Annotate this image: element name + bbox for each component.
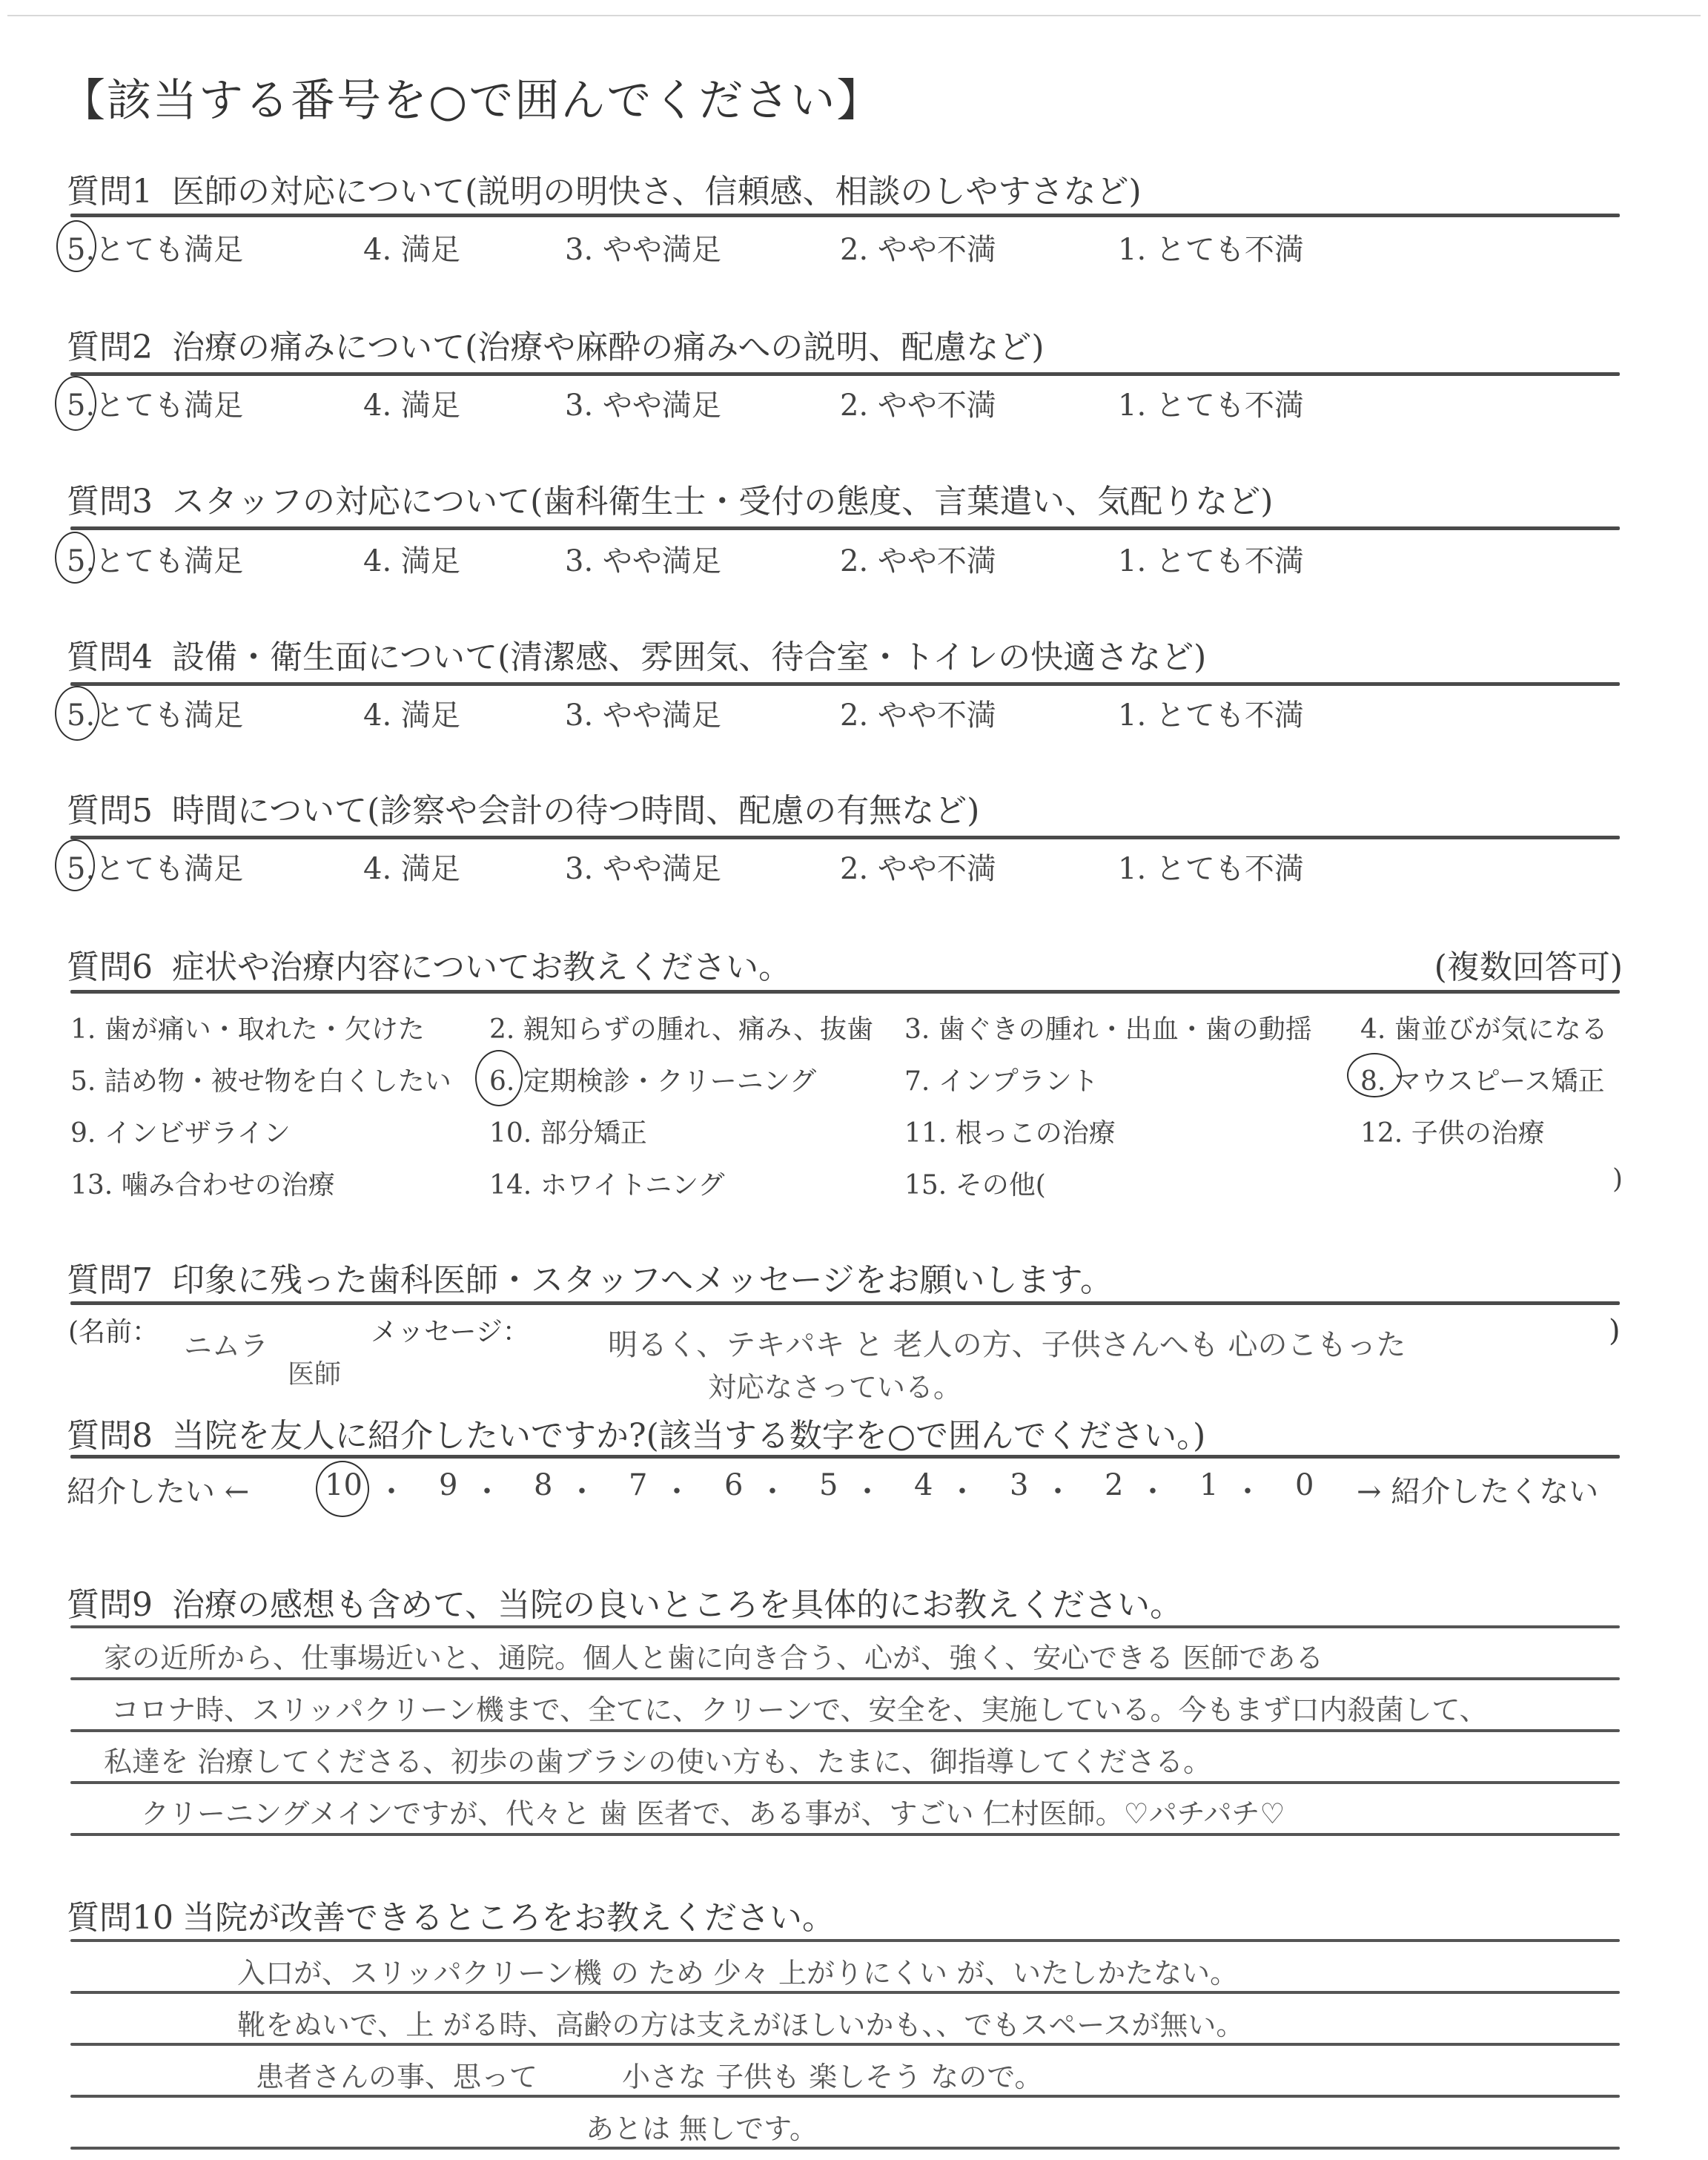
- divider: [70, 526, 1620, 530]
- dot-sep: ・: [1138, 1468, 1168, 1510]
- option-5[interactable]: 5.とても満足: [67, 692, 243, 734]
- option-5[interactable]: 5.とても満足: [67, 538, 243, 580]
- option-8[interactable]: 8. マウスピース矯正: [1360, 1060, 1604, 1098]
- question-text: 症状や治療内容についてお教えください。: [172, 948, 791, 986]
- question-text: 医師の対応について(説明の明快さ、信頼感、相談のしやすさなど): [172, 173, 1142, 211]
- answer-line-2[interactable]: コロナ時、スリッパクリーン機まで、全てに、クリーンで、安全を、実施している。今も…: [111, 1687, 1488, 1728]
- dot-sep: ・: [567, 1468, 597, 1510]
- score-4[interactable]: 4: [914, 1468, 933, 1502]
- question-7-heading: 質問7印象に残った歯科医師・スタッフへメッセージをお願いします。: [67, 1253, 1113, 1301]
- dot-sep: ・: [472, 1468, 502, 1510]
- score-9[interactable]: 9: [439, 1468, 457, 1502]
- question-2-heading: 質問2治療の痛みについて(治療や麻酔の痛みへの説明、配慮など): [67, 320, 1045, 368]
- option-2[interactable]: 2. やや不満: [840, 538, 996, 580]
- message-line-2[interactable]: 対応なさっている。: [708, 1364, 961, 1405]
- option-5[interactable]: 5.とても満足: [67, 845, 243, 888]
- question-number: 質問3: [67, 483, 153, 521]
- option-10[interactable]: 10. 部分矯正: [489, 1112, 647, 1150]
- message-line-1[interactable]: 明るく、テキパキ と 老人の方、子供さんへも 心のこもった: [608, 1321, 1406, 1364]
- answer-line-1[interactable]: 入口が、スリッパクリーン機 の ため 少々 上がりにくい が、いたしかたない。: [237, 1950, 1238, 1991]
- answer-line-1[interactable]: 家の近所から、仕事場近いと、通院。個人と歯に向き合う、心が、強く、安心できる 医…: [104, 1635, 1323, 1676]
- option-3[interactable]: 3. やや満足: [565, 226, 721, 268]
- option-4[interactable]: 4. 満足: [363, 538, 460, 580]
- multiple-answers-note: (複数回答可): [1434, 940, 1623, 988]
- question-3-heading: 質問3スタッフの対応について(歯科衛生士・受付の態度、言葉遣い、気配りなど): [67, 475, 1273, 522]
- score-6[interactable]: 6: [724, 1468, 743, 1502]
- name-suffix: 医師: [288, 1353, 341, 1391]
- option-6[interactable]: 6. 定期検診・クリーニング: [489, 1060, 816, 1098]
- option-2[interactable]: 2. やや不満: [840, 692, 996, 734]
- answer-line: [70, 1781, 1620, 1784]
- scan-top-border: [7, 15, 1701, 16]
- question-2-options: 5.とても満足 4. 満足 3. やや満足 2. やや不満 1. とても不満: [67, 382, 1623, 426]
- option-13[interactable]: 13. 噛み合わせの治療: [70, 1164, 335, 1202]
- answer-line: [70, 1939, 1620, 1942]
- option-5[interactable]: 5. 詰め物・被せ物を白くしたい: [70, 1060, 451, 1098]
- question-3-options: 5.とても満足 4. 満足 3. やや満足 2. やや不満 1. とても不満: [67, 538, 1623, 582]
- question-text: スタッフの対応について(歯科衛生士・受付の態度、言葉遣い、気配りなど): [172, 483, 1273, 521]
- recommend-left-label: 紹介したい ←: [67, 1468, 249, 1510]
- answer-line: [70, 1729, 1620, 1732]
- question-text: 当院を友人に紹介したいですか?(該当する数字を○で囲んでください。): [172, 1417, 1205, 1455]
- name-label: (名前：: [68, 1311, 159, 1349]
- divider: [70, 372, 1620, 376]
- dot-sep: ・: [758, 1468, 787, 1510]
- score-8[interactable]: 8: [534, 1468, 552, 1502]
- answer-line: [70, 1833, 1620, 1836]
- option-3[interactable]: 3. やや満足: [565, 382, 721, 424]
- divider: [70, 836, 1620, 839]
- question-1-heading: 質問1医師の対応について(説明の明快さ、信頼感、相談のしやすさなど): [67, 165, 1142, 212]
- question-5-options: 5.とても満足 4. 満足 3. やや満足 2. やや不満 1. とても不満: [67, 845, 1623, 890]
- dot-sep: ・: [377, 1468, 406, 1510]
- question-text: 印象に残った歯科医師・スタッフへメッセージをお願いします。: [172, 1261, 1113, 1299]
- score-1[interactable]: 1: [1199, 1468, 1218, 1502]
- answer-line: [70, 2095, 1620, 2098]
- question-5-heading: 質問5時間について(診察や会計の待つ時間、配慮の有無など): [67, 784, 979, 831]
- option-7[interactable]: 7. インプラント: [904, 1060, 1099, 1098]
- question-text: 時間について(診察や会計の待つ時間、配慮の有無など): [172, 792, 979, 830]
- option-9[interactable]: 9. インビザライン: [70, 1112, 291, 1150]
- score-3[interactable]: 3: [1010, 1468, 1028, 1502]
- option-1[interactable]: 1. とても不満: [1118, 226, 1304, 268]
- divider: [70, 214, 1620, 217]
- message-label: メッセージ：: [371, 1311, 529, 1349]
- question-4-heading: 質問4設備・衛生面について(清潔感、雰囲気、待合室・トイレの快適さなど): [67, 630, 1206, 678]
- answer-line: [70, 1677, 1620, 1680]
- question-6-heading: 質問6症状や治療内容についてお教えください。: [67, 940, 791, 988]
- option-3[interactable]: 3. やや満足: [565, 692, 721, 734]
- divider: [70, 1301, 1620, 1305]
- message-close-paren: ): [1609, 1314, 1621, 1348]
- option-1[interactable]: 1. 歯が痛い・取れた・欠けた: [70, 1008, 425, 1046]
- option-1[interactable]: 1. とても不満: [1118, 692, 1304, 734]
- option-4[interactable]: 4. 満足: [363, 845, 460, 888]
- dot-sep: ・: [947, 1468, 977, 1510]
- other-close-paren: ): [1612, 1164, 1623, 1195]
- answer-line: [70, 2147, 1620, 2150]
- option-3[interactable]: 3. 歯ぐきの腫れ・出血・歯の動揺: [904, 1008, 1312, 1046]
- question-1-options: 5.とても満足 4. 満足 3. やや満足 2. やや不満 1. とても不満: [67, 226, 1623, 271]
- divider: [70, 682, 1620, 686]
- question-number: 質問2: [67, 328, 153, 366]
- score-10[interactable]: 10: [325, 1468, 363, 1502]
- score-2[interactable]: 2: [1105, 1468, 1123, 1502]
- option-11[interactable]: 11. 根っこの治療: [904, 1112, 1116, 1150]
- question-text: 治療の感想も含めて、当院の良いところを具体的にお教えください。: [172, 1586, 1182, 1624]
- option-1[interactable]: 1. とても不満: [1118, 538, 1304, 580]
- question-number: 質問7: [67, 1261, 153, 1299]
- option-2[interactable]: 2. やや不満: [840, 845, 996, 888]
- option-15-other[interactable]: 15. その他(: [904, 1164, 1046, 1202]
- divider: [70, 1455, 1620, 1459]
- question-number: 質問10: [67, 1899, 173, 1937]
- page-title: 【該当する番号を○で囲んでください】: [61, 65, 882, 129]
- dot-sep: ・: [853, 1468, 882, 1510]
- answer-line: [70, 1625, 1620, 1628]
- score-7[interactable]: 7: [629, 1468, 647, 1502]
- recommend-right-label: → 紹介したくない: [1357, 1468, 1598, 1510]
- name-value[interactable]: ニムラ: [184, 1323, 268, 1364]
- option-12[interactable]: 12. 子供の治療: [1360, 1112, 1545, 1150]
- answer-line-3[interactable]: 私達を 治療してくださる、初歩の歯ブラシの使い方も、たまに、御指導してくださる。: [104, 1739, 1211, 1780]
- option-4[interactable]: 4. 満足: [363, 226, 460, 268]
- option-2[interactable]: 2. 親知らずの腫れ、痛み、抜歯: [489, 1008, 873, 1046]
- option-1[interactable]: 1. とても不満: [1118, 382, 1304, 424]
- option-2[interactable]: 2. やや不満: [840, 226, 996, 268]
- option-2[interactable]: 2. やや不満: [840, 382, 996, 424]
- question-number: 質問1: [67, 173, 153, 211]
- option-4[interactable]: 4. 満足: [363, 692, 460, 734]
- question-text: 治療の痛みについて(治療や麻酔の痛みへの説明、配慮など): [172, 328, 1045, 366]
- option-14[interactable]: 14. ホワイトニング: [489, 1164, 724, 1202]
- dot-sep: ・: [1043, 1468, 1073, 1510]
- option-3[interactable]: 3. やや満足: [565, 538, 721, 580]
- question-10-heading: 質問10当院が改善できるところをお教えください。: [67, 1891, 835, 1938]
- option-4[interactable]: 4. 歯並びが気になる: [1360, 1008, 1608, 1046]
- question-text: 設備・衛生面について(清潔感、雰囲気、待合室・トイレの快適さなど): [172, 638, 1206, 676]
- question-number: 質問5: [67, 792, 153, 830]
- option-1[interactable]: 1. とても不満: [1118, 845, 1304, 888]
- score-5[interactable]: 5: [819, 1468, 838, 1502]
- answer-line-4[interactable]: あとは 無しです。: [586, 2106, 818, 2147]
- dot-sep: ・: [662, 1468, 692, 1510]
- answer-line: [70, 1991, 1620, 1994]
- question-9-heading: 質問9治療の感想も含めて、当院の良いところを具体的にお教えください。: [67, 1578, 1182, 1625]
- answer-line-3[interactable]: 患者さんの事、思って 小さな 子供も 楽しそう なので。: [256, 2054, 1042, 2095]
- option-5[interactable]: 5.とても満足: [67, 382, 243, 424]
- question-4-options: 5.とても満足 4. 満足 3. やや満足 2. やや不満 1. とても不満: [67, 692, 1623, 736]
- divider: [70, 990, 1620, 994]
- answer-line-4[interactable]: クリーニングメインですが、代々と 歯 医者で、ある事が、すごい 仁村医師。♡パチ…: [141, 1791, 1285, 1832]
- question-8-heading: 質問8当院を友人に紹介したいですか?(該当する数字を○で囲んでください。): [67, 1409, 1205, 1456]
- question-number: 質問4: [67, 638, 153, 676]
- option-3[interactable]: 3. やや満足: [565, 845, 721, 888]
- question-number: 質問8: [67, 1417, 153, 1455]
- question-number: 質問6: [67, 948, 153, 986]
- dot-sep: ・: [1233, 1468, 1262, 1510]
- question-text: 当院が改善できるところをお教えください。: [182, 1899, 835, 1937]
- answer-line-2[interactable]: 靴をぬいで、上 がる時、高齢の方は支えがほしいかも、、でもスペースが無い。: [237, 2002, 1244, 2043]
- answer-line: [70, 2043, 1620, 2046]
- option-4[interactable]: 4. 満足: [363, 382, 460, 424]
- option-5[interactable]: 5.とても満足: [67, 226, 243, 268]
- question-number: 質問9: [67, 1586, 153, 1624]
- score-0[interactable]: 0: [1295, 1468, 1314, 1502]
